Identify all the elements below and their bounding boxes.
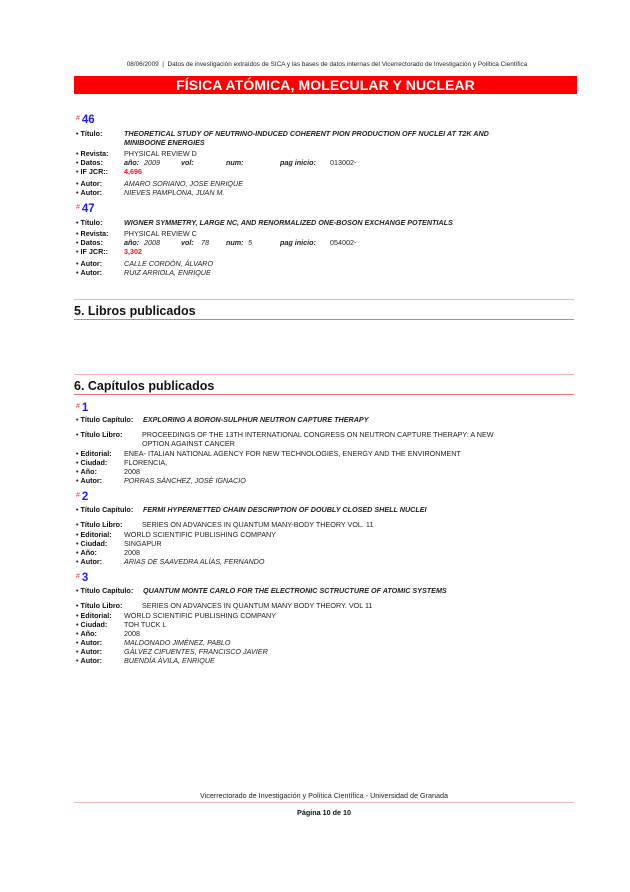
section-chapters-heading: 6. Capítulos publicados <box>74 377 574 393</box>
chapter-number: #3 <box>76 572 88 584</box>
section-rule <box>74 394 574 395</box>
article-title: WIGNER SYMMETRY, LARGE NC, AND RENORMALI… <box>124 219 453 228</box>
chapter-title: EXPLORING A BORON-SULPHUR NEUTRON CAPTUR… <box>143 416 368 425</box>
chapter-title: FERMI HYPERNETTED CHAIN DESCRIPTION OF D… <box>143 506 427 515</box>
section-rule <box>74 374 574 375</box>
chapter-number: #2 <box>76 491 88 503</box>
header-separator: | <box>161 61 166 68</box>
footer-rule <box>74 802 574 803</box>
footer-institution: Vicerrectorado de Investigación y Políti… <box>74 791 574 800</box>
book-title: SERIES ON ADVANCES IN QUANTUM MANY BODY … <box>142 602 372 611</box>
section-rule <box>74 299 574 300</box>
impact-factor: 4,696 <box>124 168 142 177</box>
chapter-title: QUANTUM MONTE CARLO FOR THE ELECTRONIC S… <box>143 587 447 596</box>
hash-icon: # <box>76 204 80 211</box>
hash-icon: # <box>76 573 80 580</box>
area-banner: FÍSICA ATÓMICA, MOLECULAR Y NUCLEAR <box>74 76 577 94</box>
article-number: #46 <box>76 114 95 126</box>
header-text: Datos de investigación extraídos de SICA… <box>168 61 528 68</box>
header-date: 08/06/2009 <box>127 61 159 68</box>
hash-icon: # <box>76 403 80 410</box>
page-header: 08/06/2009 | Datos de investigación extr… <box>74 61 580 68</box>
impact-factor: 3,302 <box>124 248 142 257</box>
article-number: #47 <box>76 203 95 215</box>
hash-icon: # <box>76 115 80 122</box>
page-number: Página 10 de 10 <box>74 808 574 817</box>
chapter-number: #1 <box>76 402 88 414</box>
section-books-heading: 5. Libros publicados <box>74 302 574 318</box>
hash-icon: # <box>76 492 80 499</box>
book-title: SERIES ON ADVANCES IN QUANTUM MANY-BODY … <box>142 521 373 530</box>
section-rule <box>74 319 574 320</box>
